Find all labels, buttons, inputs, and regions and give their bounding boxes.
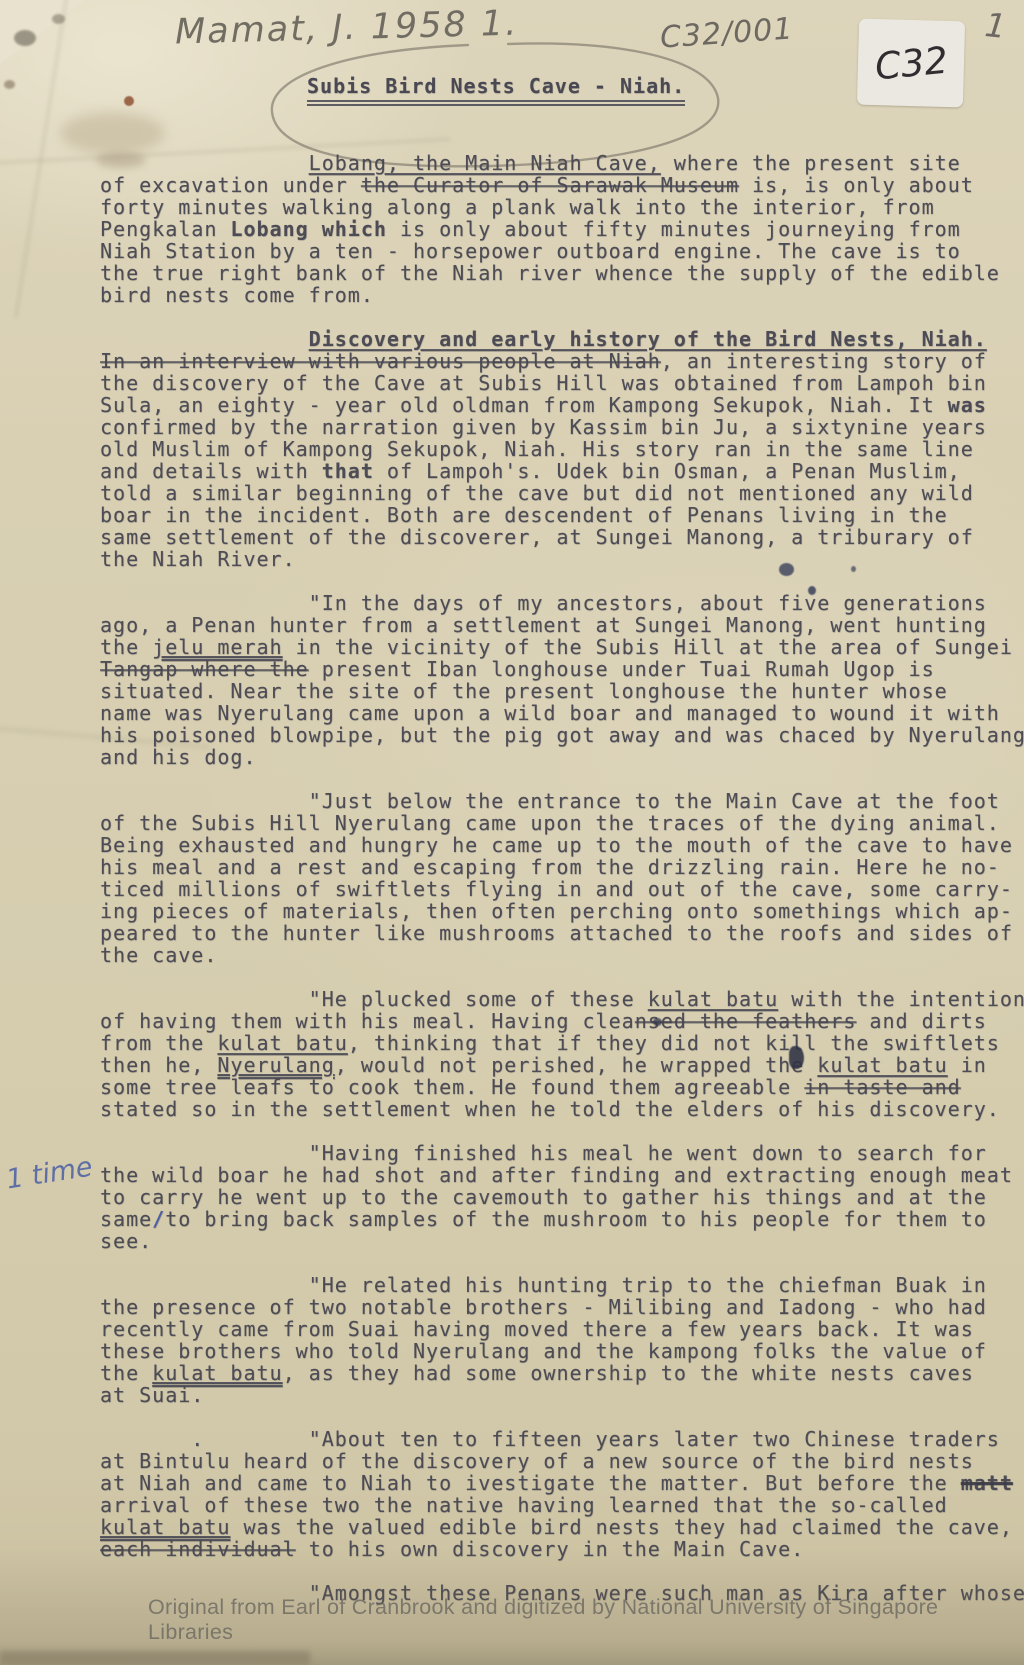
paragraph: . "About ten to fifteen years later two … — [100, 1428, 1024, 1560]
stain — [4, 80, 15, 89]
document-title: Subis Bird Nests Cave - Niah. — [307, 74, 685, 98]
archive-sticker: C32 — [857, 19, 965, 108]
rust-spot — [124, 96, 134, 106]
paragraph: Lobang, the Main Niah Cave, where the pr… — [100, 152, 1024, 306]
handwritten-page-number: 1 — [983, 5, 1008, 46]
ink-blot — [789, 1046, 804, 1069]
ink-blot — [851, 566, 856, 572]
ink-blot — [808, 586, 816, 595]
paragraph: "In the days of my ancestors, about five… — [100, 592, 1024, 768]
torn-corner — [0, 0, 84, 64]
sticker-label: C32 — [873, 38, 950, 88]
margin-note-handwritten: 1 time — [4, 1151, 95, 1195]
stain — [14, 30, 36, 46]
bottom-shadow — [0, 1545, 1024, 1665]
paragraph: "He related his hunting trip to the chie… — [100, 1274, 1024, 1406]
paragraph: "Having finished his meal he went down t… — [100, 1142, 1024, 1252]
ink-blot — [653, 1018, 662, 1026]
stain — [52, 14, 65, 24]
document-page: Mamat, J. 1958 1. C32/001 1 C32 Subis Bi… — [0, 0, 1024, 1665]
paragraph: "He plucked some of these kulat batu wit… — [100, 988, 1024, 1120]
document-title-text: Subis Bird Nests Cave - Niah. — [307, 74, 685, 106]
paragraph: "Just below the entrance to the Main Cav… — [100, 790, 1024, 966]
ink-blot — [779, 563, 794, 576]
bottom-edge-shadow — [0, 1651, 310, 1665]
paragraph: Discovery and early history of the Bird … — [100, 328, 1024, 570]
typescript-body: Lobang, the Main Niah Cave, where the pr… — [100, 152, 1024, 1626]
stain — [60, 112, 165, 154]
